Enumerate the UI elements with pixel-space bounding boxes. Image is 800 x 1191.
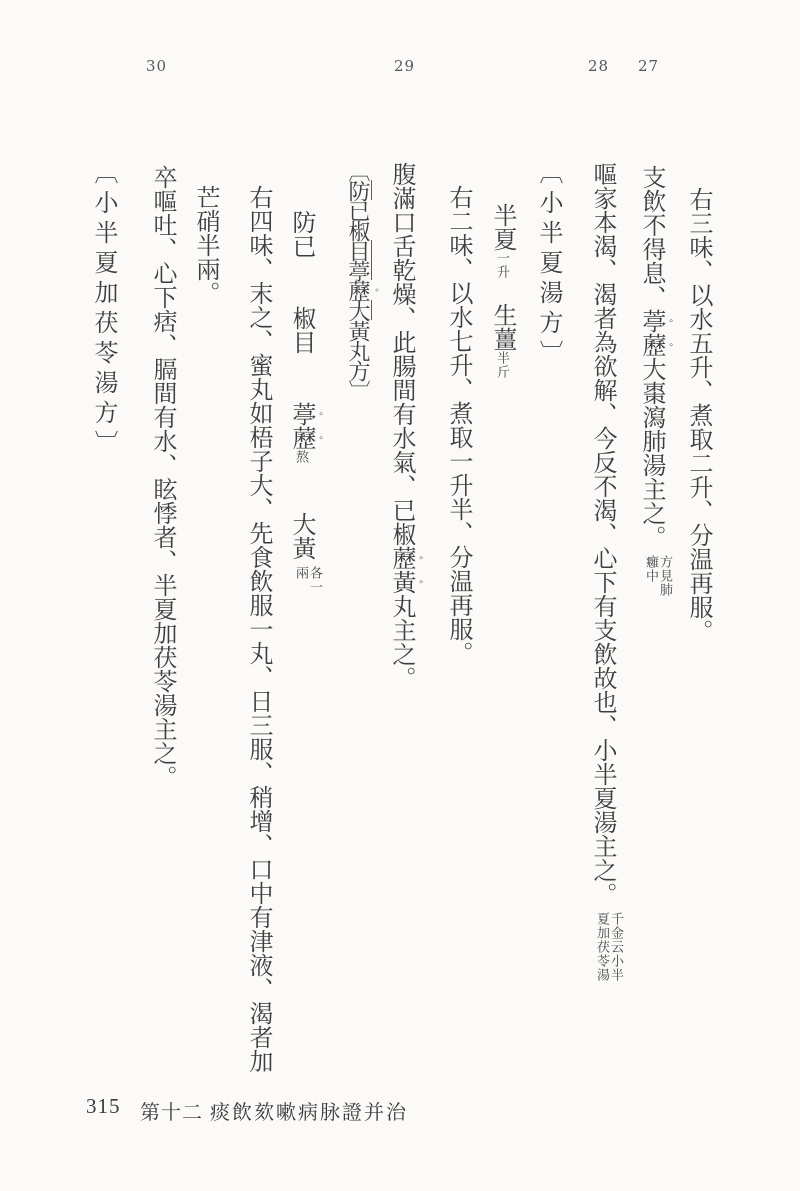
text-run: 防已 椒目 (288, 210, 314, 402)
text-run: 半夏 (489, 203, 515, 251)
text-run: 芒硝半兩。 (192, 185, 218, 305)
inline-annotation: 千金云小半夏加茯苓湯 (595, 912, 623, 982)
text-run: 大棗瀉肺湯主之。 (638, 357, 664, 549)
column-decoction-instruction-xiaobanxiatang: 右二味、以水七升、煮取一升半、分温再服。 (446, 185, 470, 665)
text-run: 黃丸方〕 (346, 320, 371, 400)
chapter-title: 痰飲欬嗽病脉證并治 (210, 1096, 408, 1125)
page-number: 315 (86, 1094, 121, 1119)
inline-annotation: 方見肺癰中 (644, 555, 672, 597)
column-main-text-line-30: 卒嘔吐、心下痞、膈間有水、眩悸者、半夏加茯苓湯主之。 (150, 165, 174, 789)
inline-annotation: 熬 (294, 450, 309, 464)
text-run: 〔小半夏湯方〕 (535, 160, 561, 370)
text-run: 〔小半夏加茯苓湯方〕 (90, 160, 116, 460)
line-number-28: 28 (588, 57, 609, 75)
text-run (489, 279, 515, 303)
sideline-text: 大 (346, 300, 372, 320)
column-ingredients-xiaobanxiatang: 半夏一升 生薑半斤 (490, 203, 514, 379)
column-formula-title-xiaobanxiatang: 〔小半夏湯方〕 (536, 160, 560, 370)
emphasized-text: 葶藶 (638, 309, 664, 357)
chapter-number: 第十二 (140, 1096, 203, 1125)
book-page: 30292827 右三味、以水五升、煮取二升、分温再服。支飲不得息、葶藶大棗瀉肺… (0, 0, 800, 1191)
emphasized-text: 藶 (346, 280, 371, 300)
text-run: 已椒 (346, 200, 371, 240)
column-main-text-line-27: 支飲不得息、葶藶大棗瀉肺湯主之。方見肺癰中 (638, 165, 678, 597)
text-run: 右二味、以水七升、煮取一升半、分温再服。 (445, 185, 471, 665)
text-run: 大黃 (288, 464, 314, 560)
text-run: 丸主之。 (388, 594, 414, 690)
line-number-29: 29 (394, 57, 415, 75)
column-decoction-instruction-xiebaisan: 右三味、以水五升、煮取二升、分温再服。 (686, 187, 710, 643)
column-formula-title-fangyijiaomu: 〔防已椒目葶藶大黃丸方〕 (346, 160, 383, 400)
inline-annotation: 半斤 (495, 351, 510, 379)
emphasized-text: 葶藶 (288, 402, 314, 450)
column-pill-instruction-continuation: 芒硝半兩。 (193, 185, 217, 305)
text-run: 〔 (346, 160, 371, 180)
line-number-30: 30 (146, 57, 167, 75)
sideline-text: 防 (346, 180, 372, 200)
inline-annotation: 一升 (495, 251, 510, 279)
inline-annotation: 各一兩 (294, 566, 322, 594)
text-run: 右三味、以水五升、煮取二升、分温再服。 (685, 187, 711, 643)
column-main-text-line-29: 腹滿口舌乾燥、此腸間有水氣、已椒藶黃丸主之。 (388, 162, 428, 690)
emphasized-text: 藶黃 (388, 546, 414, 594)
column-pill-instruction-fangyijiaomu: 右四味、末之、蜜丸如梧子大、先食飲服一丸、日三服、稍增、口中有津液、渴者加 (246, 185, 270, 1073)
text-run: 嘔家本渴、渴者為欲解、今反不渴、心下有支飲故也、小半夏湯主之。 (589, 162, 615, 906)
line-number-27: 27 (638, 57, 659, 75)
sideline-text: 目葶 (346, 240, 372, 280)
column-formula-title-xiaobanxiajiafuling: 〔小半夏加茯苓湯方〕 (91, 160, 115, 460)
text-run: 卒嘔吐、心下痞、膈間有水、眩悸者、半夏加茯苓湯主之。 (149, 165, 175, 789)
text-run: 右四味、末之、蜜丸如梧子大、先食飲服一丸、日三服、稍增、口中有津液、渴者加 (245, 185, 271, 1073)
text-run: 生薑 (489, 303, 515, 351)
text-run: 腹滿口舌乾燥、此腸間有水氣、已椒 (388, 162, 414, 546)
column-main-text-line-28: 嘔家本渴、渴者為欲解、今反不渴、心下有支飲故也、小半夏湯主之。千金云小半夏加茯苓… (590, 162, 623, 982)
text-run: 支飲不得息、 (638, 165, 664, 309)
column-ingredients-fangyijiaomu: 防已 椒目 葶藶熬 大黃各一兩 (288, 210, 328, 594)
